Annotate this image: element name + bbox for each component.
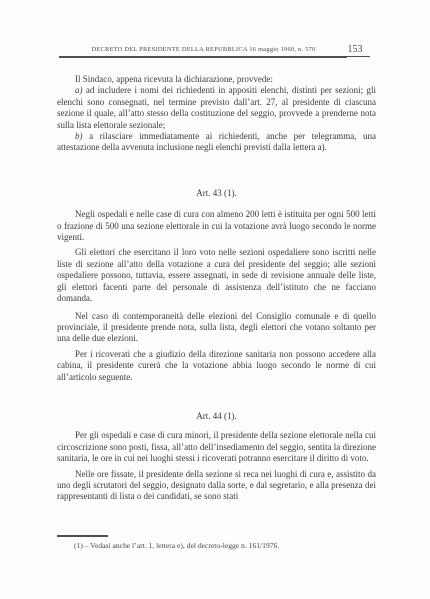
paragraph: Nelle ore fissate, il presidente della s… [57, 469, 376, 503]
footnote-rule [57, 535, 108, 537]
paragraph-letter-b: b) a rilasciare immediatamente ai richie… [57, 131, 376, 154]
paragraph-text: a rilasciare immediatamente ai richieden… [57, 131, 376, 152]
running-header-date: 16 maggio 1960, n. 570 [249, 46, 315, 53]
scanned-document-page: DECRETO DEL PRESIDENTE DELLA REPUBBLICA … [0, 0, 430, 599]
paragraph: Per i ricoverati che a giudizio della di… [57, 349, 376, 383]
paragraph-text: ad includere i nomi dei richiedenti in a… [57, 85, 376, 129]
footnote: (1) – Vedasi anche l’art. 1, lettera e),… [57, 541, 376, 551]
paragraph: Negli ospedali e nelle case di cura con … [57, 209, 376, 243]
paragraph: Nel caso di contemporaneità delle elezio… [57, 311, 376, 345]
page-number: 153 [340, 44, 370, 57]
paragraph-letter-a: a) ad includere i nomi dei richiedenti i… [57, 85, 376, 131]
letter-a-marker: a) [75, 85, 83, 95]
paragraph: Gli elettori che esercitano il loro voto… [57, 247, 376, 304]
body-text-column: Il Sindaco, appena ricevuta la dichiaraz… [57, 74, 376, 503]
letter-b-marker: b) [75, 131, 83, 141]
article-heading-43: Art. 43 (1). [57, 188, 376, 199]
running-header-title: DECRETO DEL PRESIDENTE DELLA REPUBBLICA [91, 46, 247, 53]
header-rule [59, 56, 347, 58]
article-heading-44: Art. 44 (1). [57, 411, 376, 422]
paragraph: Il Sindaco, appena ricevuta la dichiaraz… [57, 74, 376, 85]
paragraph: Per gli ospedali e case di cura minori, … [57, 430, 376, 464]
running-header: DECRETO DEL PRESIDENTE DELLA REPUBBLICA … [59, 46, 348, 53]
